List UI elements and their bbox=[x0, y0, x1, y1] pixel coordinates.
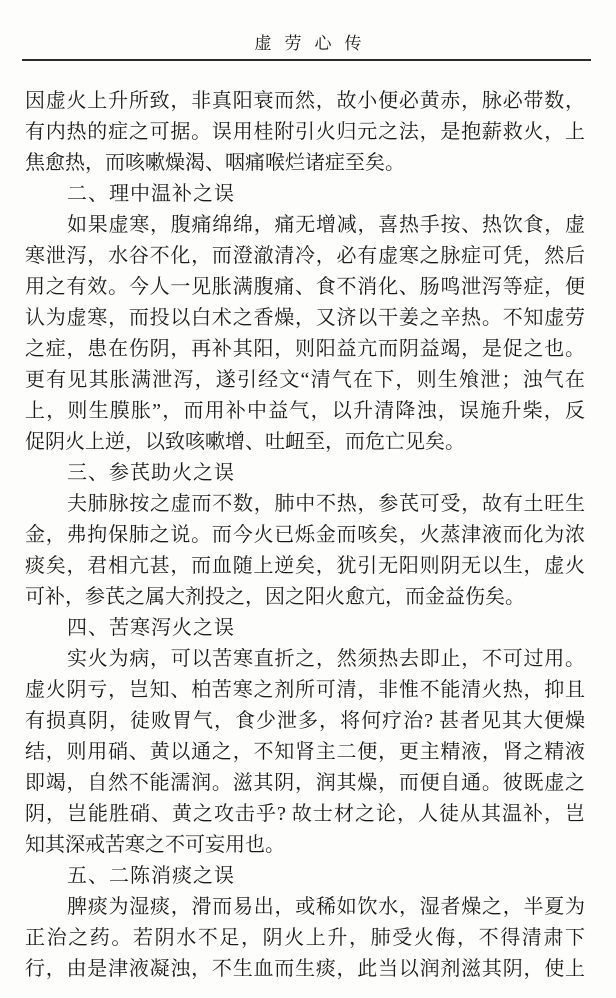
text-line: 虚火阴亏，岂知、柏苦寒之剂所可清，非惟不能清火热，抑且 bbox=[25, 675, 585, 706]
text-line: 之症，患在伤阴，再补其阳，则阳益亢而阴益竭，是促之也。 bbox=[25, 334, 585, 365]
text-line: 行，由是津液凝浊，不生血而生痰，此当以润剂滋其阴，使上 bbox=[25, 954, 585, 985]
text-line: 结，则用硝、黄以通之，不知肾主二便，更主精液，肾之精液 bbox=[25, 737, 585, 768]
text-line: 即竭，自然不能濡润。滋其阴，润其燥，而便自通。彼既虚之 bbox=[25, 768, 585, 799]
text-line: 如果虚寒，腹痛绵绵，痛无增减，喜热手按、热饮食，虚 bbox=[25, 210, 585, 241]
text-line: 有损真阴，徒败胃气，食少泄多，将何疗治? 甚者见其大便燥 bbox=[25, 706, 585, 737]
section-heading: 四、苦寒泻火之误 bbox=[25, 613, 585, 644]
text-line: 有内热的症之可据。误用桂附引火归元之法，是抱薪救火，上 bbox=[25, 117, 585, 148]
text-line: 促阴火上逆，以致咳嗽增、吐衄至，而危亡见矣。 bbox=[25, 427, 585, 458]
header-rule bbox=[22, 59, 591, 61]
text-line: 可补，参芪之属大剂投之，因之阳火愈亢，而金益伤矣。 bbox=[25, 582, 585, 613]
text-line: 阴，岂能胜硝、黄之攻击乎? 故士材之论，人徒从其温补，岂 bbox=[25, 799, 585, 830]
book-page: 虚劳心传 因虚火上升所致，非真阳衰而然，故小便必黄赤，脉必带数，有内热的症之可据… bbox=[0, 0, 616, 998]
section-heading: 三、参芪助火之误 bbox=[25, 458, 585, 489]
text-line: 夫肺脉按之虚而不数，肺中不热，参芪可受，故有土旺生 bbox=[25, 489, 585, 520]
section-heading: 二、理中温补之误 bbox=[25, 179, 585, 210]
text-line: 用之有效。今人一见胀满腹痛、食不消化、肠鸣泄泻等症，便 bbox=[25, 272, 585, 303]
text-line: 痰矣，君相亢甚，而血随上逆矣，犹引无阳则阴无以生，虚火 bbox=[25, 551, 585, 582]
text-line: 焦愈热，而咳嗽燥渴、咽痛喉烂诸症至矣。 bbox=[25, 148, 585, 179]
page-body: 因虚火上升所致，非真阳衰而然，故小便必黄赤，脉必带数，有内热的症之可据。误用桂附… bbox=[25, 86, 585, 985]
text-line: 因虚火上升所致，非真阳衰而然，故小便必黄赤，脉必带数， bbox=[25, 86, 585, 117]
text-line: 认为虚寒，而投以白术之香燥，又济以干姜之辛热。不知虚劳 bbox=[25, 303, 585, 334]
text-line: 脾痰为湿痰，滑而易出，或稀如饮水，湿者燥之，半夏为 bbox=[25, 892, 585, 923]
section-heading: 五、二陈消痰之误 bbox=[25, 861, 585, 892]
text-line: 寒泄泻，水谷不化，而澄澈清冷，必有虚寒之脉症可凭，然后 bbox=[25, 241, 585, 272]
text-line: 正治之药。若阴水不足，阴火上升，肺受火侮，不得清肃下 bbox=[25, 923, 585, 954]
page-header: 虚劳心传 bbox=[0, 0, 616, 54]
text-line: 金，弗拘保肺之说。而今火已烁金而咳矣，火蒸津液而化为浓 bbox=[25, 520, 585, 551]
text-line: 上，则生膜胀”，而用补中益气，以升清降浊，误施升柴，反 bbox=[25, 396, 585, 427]
running-title: 虚劳心传 bbox=[255, 29, 375, 54]
text-line: 知其深戒苦寒之不可妄用也。 bbox=[25, 830, 585, 861]
text-line: 更有见其胀满泄泻，遂引经文“清气在下，则生飧泄；浊气在 bbox=[25, 365, 585, 396]
text-line: 实火为病，可以苦寒直折之，然须热去即止，不可过用。 bbox=[25, 644, 585, 675]
